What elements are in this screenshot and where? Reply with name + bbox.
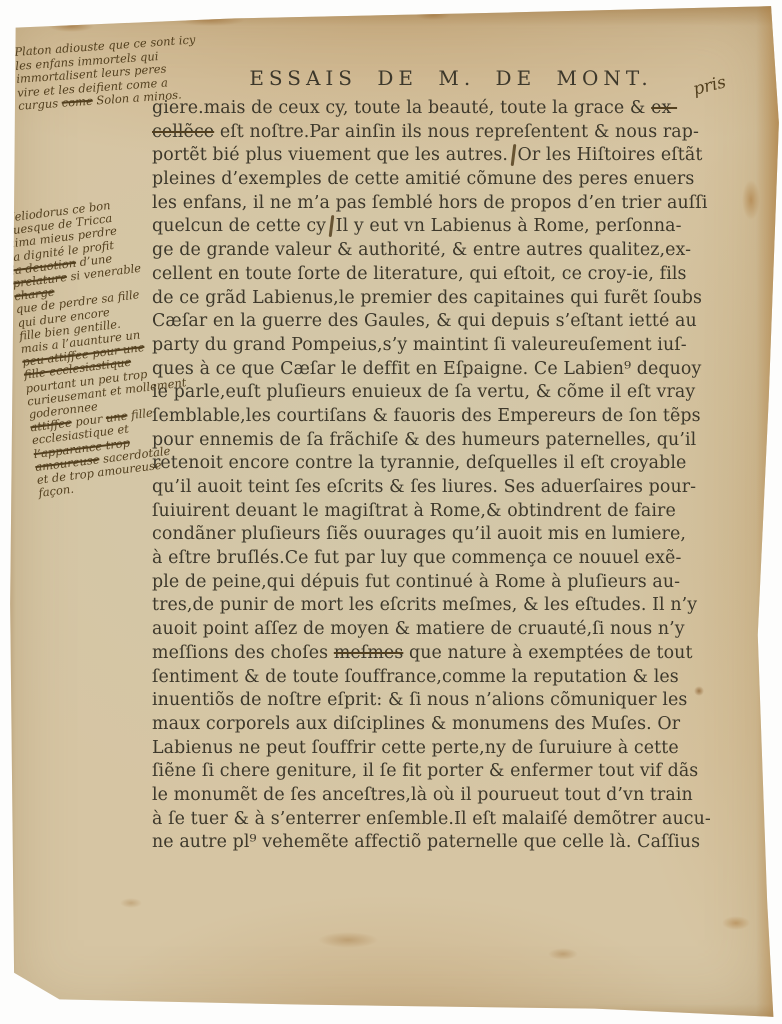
text-segment: maux corporels aux diſciplines & monumen… <box>152 714 680 734</box>
paper-stain <box>318 932 378 948</box>
text-segment: à eſtre bruſlés.Ce fut par luy que comme… <box>152 548 681 568</box>
text-line: qu’il auoit teint ſes eſcrits & ſes liur… <box>152 476 756 500</box>
paper-stain <box>120 898 142 908</box>
text-segment: les enfans, il ne m’a pas ſemblé hors de… <box>152 193 708 213</box>
text-line: portẽt bié plus viuement que les autres.… <box>152 144 756 168</box>
text-line: ge de grande valeur & authorité, & entre… <box>152 239 756 263</box>
text-line: ſiẽne ſi chere geniture, il ſe fit porte… <box>152 760 756 784</box>
text-segment: ple de peine,qui dépuis fut continué à R… <box>152 572 680 592</box>
text-segment: que nature à exemptées de tout <box>403 643 692 663</box>
text-line: auoit point aſſez de moyen & matiere de … <box>152 618 756 642</box>
text-line: quelcun de cette cyIl y eut vn Labienus … <box>152 215 756 239</box>
text-line: les enfans, il ne m’a pas ſemblé hors de… <box>152 192 756 216</box>
text-line: pleines d’exemples de cette amitié cõmun… <box>152 168 756 192</box>
text-line: ſemblable,les courtiſans & fauoris des E… <box>152 405 756 429</box>
page-edge-left <box>0 0 16 1024</box>
paper-stain <box>548 948 578 960</box>
text-segment: ſuiuirent deuant le magiſtrat à Rome,& o… <box>152 501 676 521</box>
text-line: Labienus ne peut ſouffrir cette perte,ny… <box>152 737 756 761</box>
text-line: ple de peine,qui dépuis fut continué à R… <box>152 571 756 595</box>
struck-text: meſmes <box>334 643 404 663</box>
text-line: Cæſar en la guerre des Gaules, & qui dep… <box>152 310 756 334</box>
text-segment: ne autre pl⁹ vehemẽte affectiõ paternell… <box>152 832 700 852</box>
text-segment: Il y eut vn Labienus à Rome, perſonna- <box>336 216 682 236</box>
text-segment: qu’il auoit teint ſes eſcrits & ſes liur… <box>152 477 696 497</box>
text-segment: Or les Hiſtoires eſtãt <box>518 145 703 165</box>
text-segment: le monumẽt de ſes anceſtres,là où il pou… <box>152 785 693 805</box>
text-line: de ce grãd Labienus,le premier des capit… <box>152 287 756 311</box>
text-line: ie parle,euſt pluſieurs enuieux de ſa ve… <box>152 381 756 405</box>
book-page: ESSAIS DE M. DE MONT. pris giere.mais de… <box>0 0 782 1024</box>
page-edge-right <box>756 0 782 1024</box>
text-segment: cellent en toute ſorte de literature, qu… <box>152 264 687 284</box>
text-line: à ſe tuer & à s’enterrer enſemble.Il eſt… <box>152 808 756 832</box>
text-segment: portẽt bié plus viuement que les autres. <box>152 145 508 165</box>
text-line: meſſions des choſes meſmes que nature à … <box>152 642 756 666</box>
text-segment: inuentiõs de noſtre eſprit: & ſi nous n’… <box>152 690 687 710</box>
caret-insertion-mark <box>511 144 516 166</box>
text-line: inuentiõs de noſtre eſprit: & ſi nous n’… <box>152 689 756 713</box>
text-segment: façon. <box>38 482 75 500</box>
text-segment: ge de grande valeur & authorité, & entre… <box>152 240 691 260</box>
text-segment: condãner pluſieurs ſiẽs ouurages qu’il a… <box>152 524 686 544</box>
text-line: ſuiuirent deuant le magiſtrat à Rome,& o… <box>152 500 756 524</box>
text-line: ques à ce que Cæſar le deffit en Eſpaign… <box>152 358 756 382</box>
text-segment: auoit point aſſez de moyen & matiere de … <box>152 619 685 639</box>
struck-text: come <box>61 94 93 110</box>
margin-note-left: Heliodorus ce boneuesque de Triccaaima m… <box>4 186 248 500</box>
text-line: le monumẽt de ſes anceſtres,là où il pou… <box>152 784 756 808</box>
text-segment: ſentiment & de toute ſouffrance,comme la… <box>152 667 679 687</box>
text-line: ne autre pl⁹ vehemẽte affectiõ paternell… <box>152 831 756 855</box>
text-line: cellẽce eſt noſtre.Par ainſin ils nous r… <box>152 121 756 145</box>
text-segment: à ſe tuer & à s’enterrer enſemble.Il eſt… <box>152 809 711 829</box>
page-edge-top <box>0 0 782 26</box>
text-segment: curgus <box>18 96 63 113</box>
text-segment: pleines d’exemples de cette amitié cõmun… <box>152 169 694 189</box>
text-line: condãner pluſieurs ſiẽs ouurages qu’il a… <box>152 523 756 547</box>
text-segment: tres,de punir de mort les eſcrits meſmes… <box>152 595 697 615</box>
text-line: tres,de punir de mort les eſcrits meſmes… <box>152 594 756 618</box>
text-line: maux corporels aux diſciplines & monumen… <box>152 713 756 737</box>
struck-text: ex- <box>651 98 677 118</box>
photo-backdrop: ESSAIS DE M. DE MONT. pris giere.mais de… <box>0 0 782 1024</box>
paper-stain <box>48 20 94 32</box>
text-line: cellent en toute ſorte de literature, qu… <box>152 263 756 287</box>
text-segment: meſſions des choſes <box>152 643 334 663</box>
paper-stain <box>722 916 750 930</box>
text-segment: giere.mais de ceux cy, toute la beauté, … <box>152 98 651 118</box>
caret-insertion-mark <box>329 215 334 237</box>
text-segment: de ce grãd Labienus,le premier des capit… <box>152 288 702 308</box>
text-segment: Cæſar en la guerre des Gaules, & qui dep… <box>152 311 697 331</box>
text-segment: eſt noſtre.Par ainſin ils nous repreſent… <box>214 122 699 142</box>
text-line: à eſtre bruſlés.Ce fut par luy que comme… <box>152 547 756 571</box>
text-segment: Labienus ne peut ſouffrir cette perte,ny… <box>152 738 679 758</box>
text-line: ſentiment & de toute ſouffrance,comme la… <box>152 666 756 690</box>
text-line: giere.mais de ceux cy, toute la beauté, … <box>152 97 756 121</box>
page-edge-bottom <box>0 1004 782 1024</box>
struck-text: cellẽce <box>152 122 214 142</box>
text-line: party du grand Pompeius,s’y maintint ſi … <box>152 334 756 358</box>
printed-text-block: giere.mais de ceux cy, toute la beauté, … <box>152 97 756 855</box>
text-segment: ſiẽne ſi chere geniture, il ſe fit porte… <box>152 761 698 781</box>
